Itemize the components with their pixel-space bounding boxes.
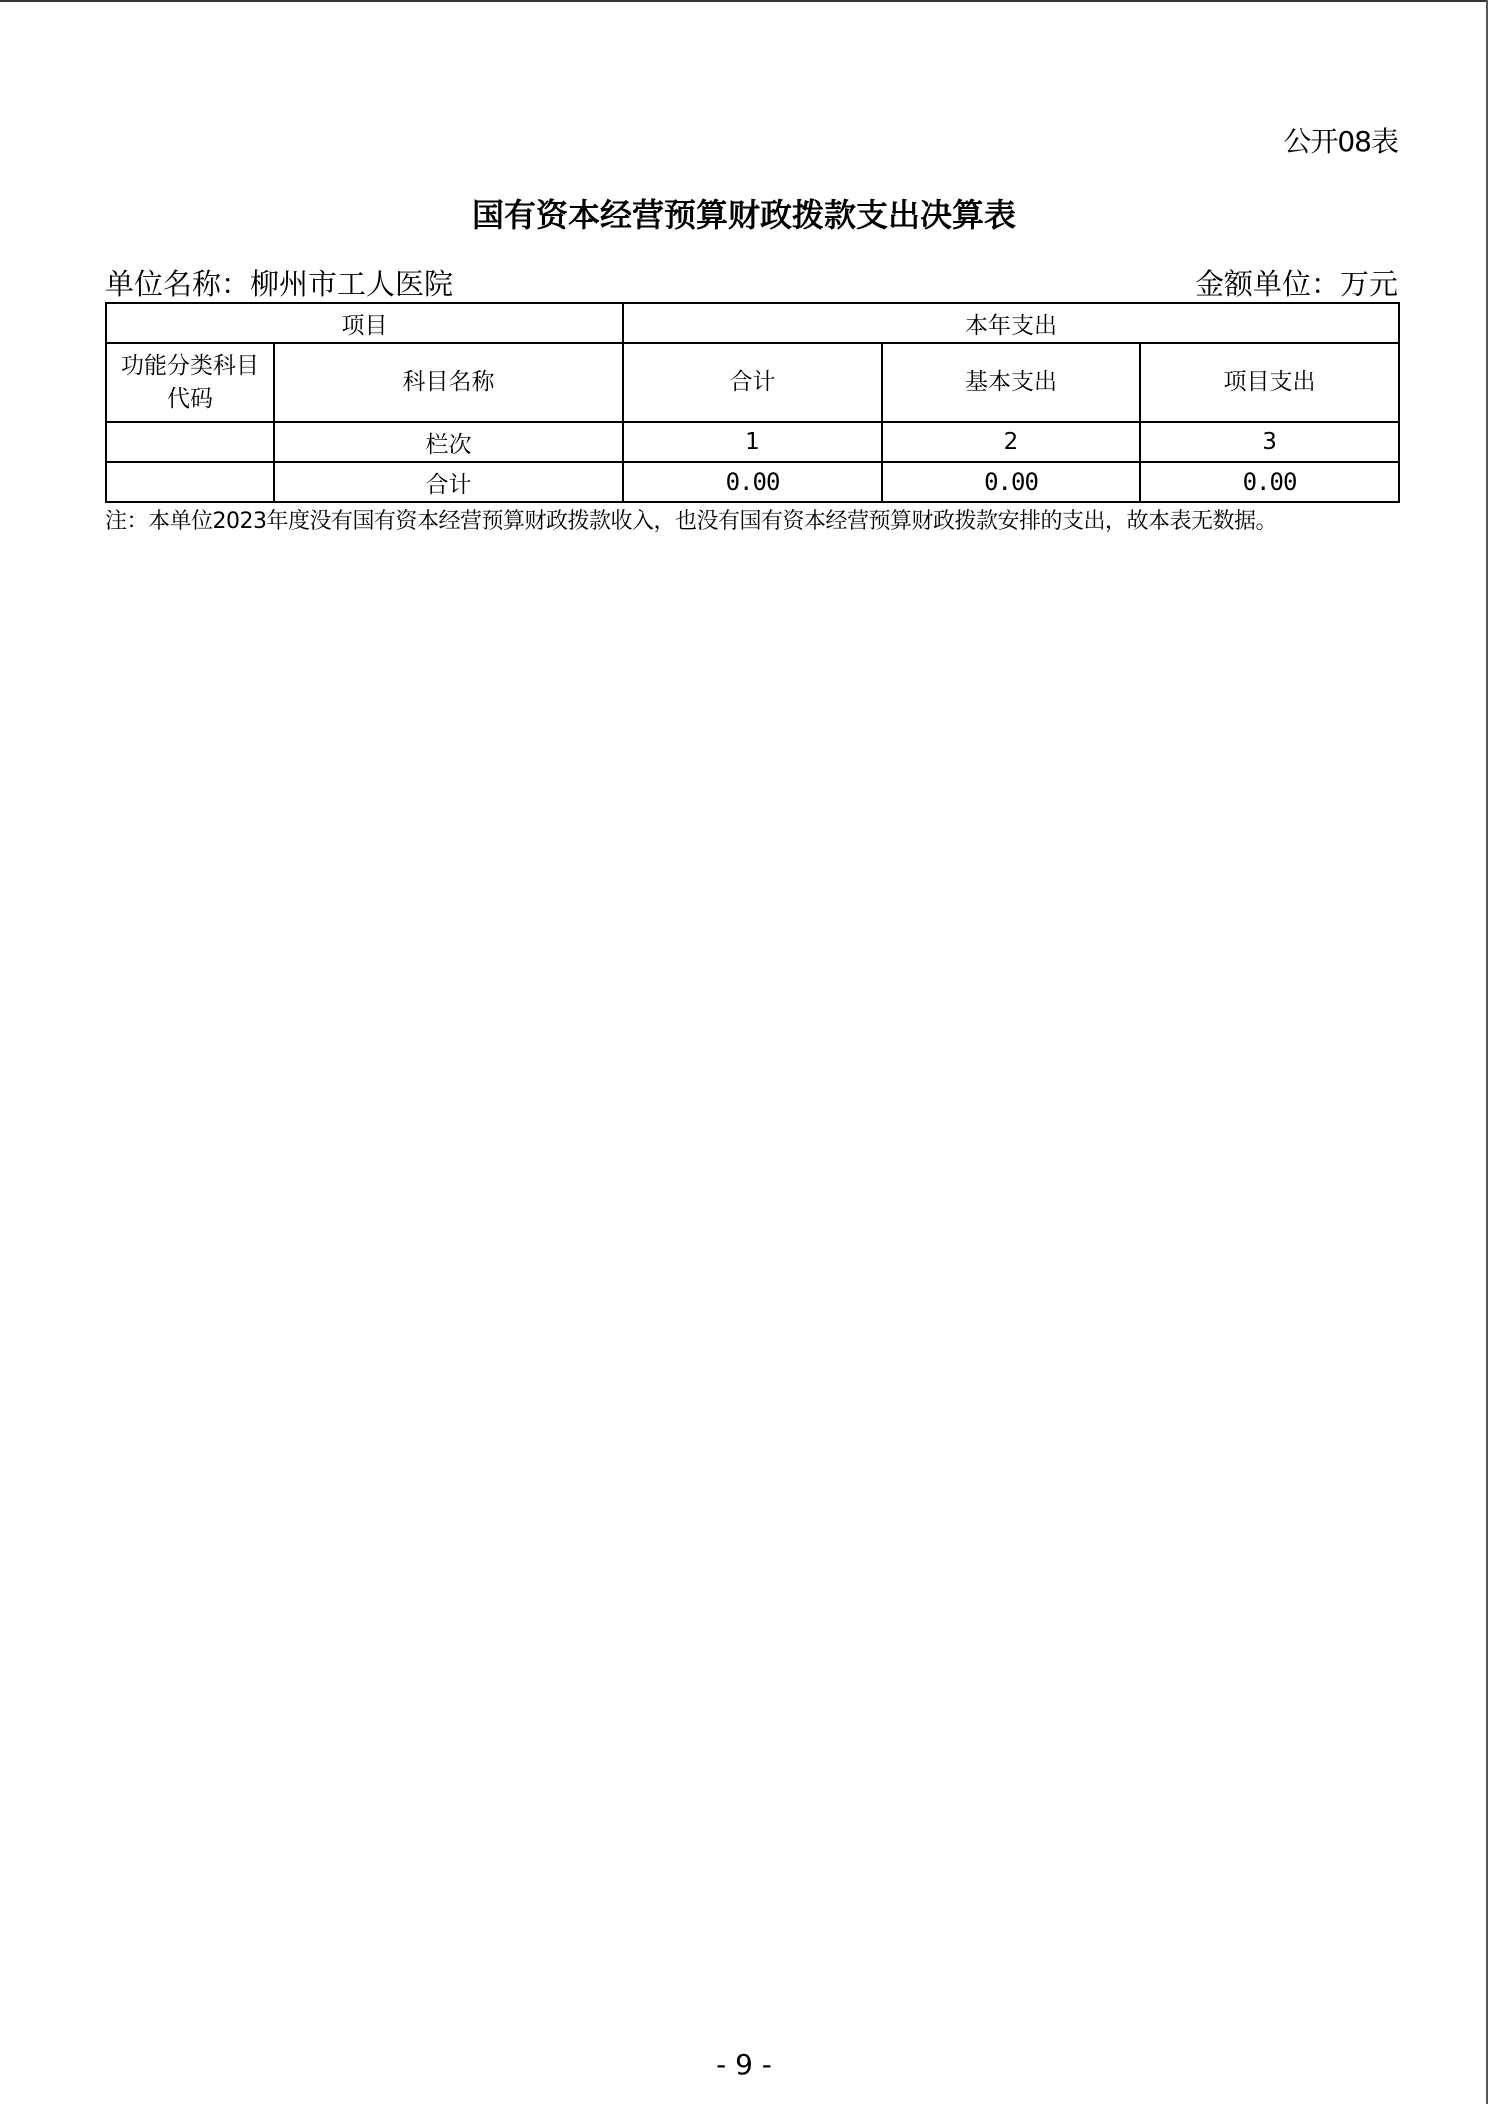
page-number: - 9 - <box>0 2048 1488 2081</box>
header-total: 合计 <box>623 343 882 422</box>
column-header-row: 功能分类科目代码 科目名称 合计 基本支出 项目支出 <box>106 343 1399 422</box>
header-item: 项目 <box>106 303 623 343</box>
column-index-row: 栏次 1 2 3 <box>106 422 1399 462</box>
project-value: 0.00 <box>1140 462 1399 502</box>
expenditure-table: 项目 本年支出 功能分类科目代码 科目名称 合计 基本支出 项目支出 栏次 1 … <box>105 302 1400 503</box>
index-2: 2 <box>882 422 1140 462</box>
basic-value: 0.00 <box>882 462 1140 502</box>
total-code-cell <box>106 462 274 502</box>
table-row: 合计 0.00 0.00 0.00 <box>106 462 1399 502</box>
unit-name: 单位名称：柳州市工人医院 <box>105 262 453 303</box>
total-value: 0.00 <box>623 462 882 502</box>
header-function-code: 功能分类科目代码 <box>106 343 274 422</box>
page-top-border <box>0 0 1488 2</box>
footnote: 注：本单位2023年度没有国有资本经营预算财政拨款收入，也没有国有资本经营预算财… <box>105 504 1277 535</box>
header-subject-name: 科目名称 <box>274 343 623 422</box>
index-label: 栏次 <box>274 422 623 462</box>
total-label: 合计 <box>274 462 623 502</box>
header-basic: 基本支出 <box>882 343 1140 422</box>
header-current-year-expenditure: 本年支出 <box>623 303 1399 343</box>
header-project: 项目支出 <box>1140 343 1399 422</box>
index-1: 1 <box>623 422 882 462</box>
index-code-cell <box>106 422 274 462</box>
group-header-row: 项目 本年支出 <box>106 303 1399 343</box>
table-id: 公开08表 <box>1283 120 1398 160</box>
index-3: 3 <box>1140 422 1399 462</box>
amount-unit: 金额单位：万元 <box>1195 262 1398 303</box>
page-title: 国有资本经营预算财政拨款支出决算表 <box>0 190 1488 236</box>
